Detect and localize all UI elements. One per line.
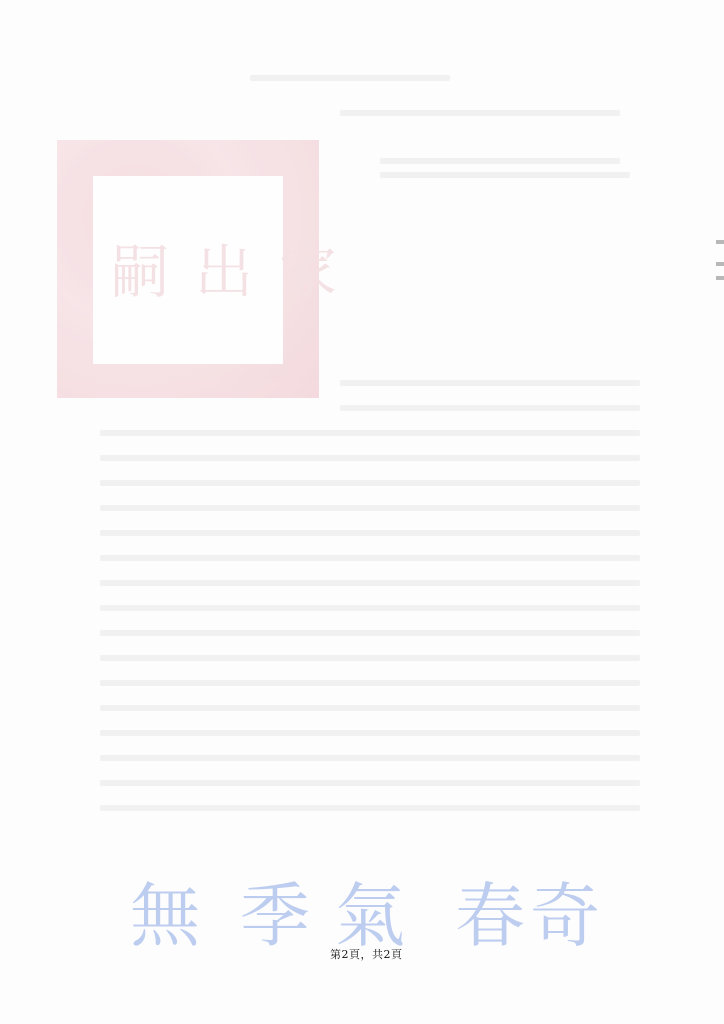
faded-text-line <box>380 172 630 178</box>
faded-text-line <box>100 580 640 586</box>
faded-text-line <box>340 380 640 386</box>
faded-text-line <box>100 605 640 611</box>
faded-text-line <box>100 755 640 761</box>
seal-char: 出 <box>177 176 261 364</box>
faded-text-line <box>100 680 640 686</box>
faded-text-line <box>100 430 640 436</box>
faded-text-line <box>100 480 640 486</box>
faded-text-line <box>100 780 640 786</box>
seal-char: 嗣 <box>93 176 177 364</box>
edge-mark <box>716 276 724 280</box>
signature-char: 季 <box>240 860 310 961</box>
seal-char: 家 <box>261 176 345 364</box>
faded-text-line <box>380 158 620 164</box>
faded-text-line <box>100 505 640 511</box>
faded-text-line <box>100 805 640 811</box>
faded-text-line <box>100 555 640 561</box>
edge-mark <box>716 240 724 244</box>
faded-text-line <box>100 630 640 636</box>
faded-text-line <box>100 530 640 536</box>
faded-text-line <box>100 655 640 661</box>
page-number-label: 第2頁，共2頁 <box>330 946 403 962</box>
edge-mark <box>716 262 724 266</box>
faded-text-line <box>340 405 640 411</box>
faded-text-line <box>100 455 640 461</box>
faded-text-line <box>250 75 450 81</box>
signature-char: 奇 <box>530 860 600 961</box>
red-seal-stamp: 嗣 出 家 <box>57 140 319 398</box>
faded-text-line <box>100 730 640 736</box>
signature-char: 無 <box>130 860 200 961</box>
faded-text-line <box>340 110 620 116</box>
seal-inner: 嗣 出 家 <box>93 176 283 364</box>
faded-text-line <box>100 705 640 711</box>
signature-char: 春 <box>455 860 525 961</box>
